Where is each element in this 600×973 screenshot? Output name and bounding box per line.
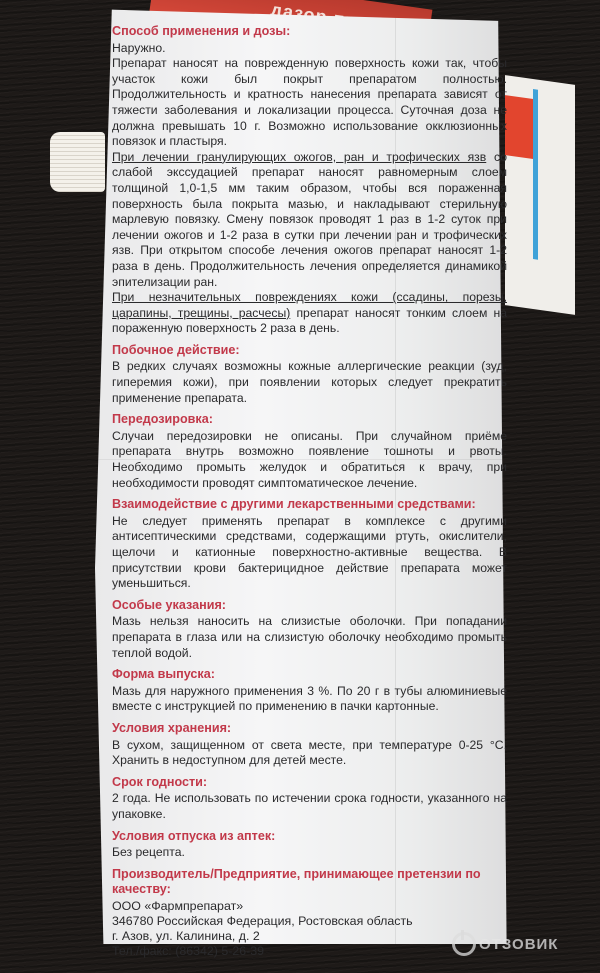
paragraph: Мазь для наружного применения 3 %. По 20…: [112, 684, 507, 715]
section-title: Способ применения и дозы:: [112, 24, 507, 40]
address-line: ООО «Фармпрепарат»: [112, 899, 507, 914]
paragraph: Без рецепта.: [112, 845, 507, 861]
paragraph: Препарат наносят на поврежденную поверхн…: [112, 56, 507, 150]
otzovik-logo-icon: [452, 932, 476, 956]
section-shelf-life: Срок годности: 2 года. Не использовать п…: [112, 775, 507, 823]
paragraph: При незначительных повреждениях кожи (сс…: [112, 290, 507, 337]
section-usage: Способ применения и дозы: Наружно. Препа…: [112, 24, 507, 337]
section-title: Побочное действие:: [112, 343, 507, 359]
section-special-notes: Особые указания: Мазь нельзя наносить на…: [112, 598, 507, 661]
section-storage: Условия хранения: В сухом, защищенном от…: [112, 721, 507, 769]
paragraph: Наружно.: [112, 41, 507, 57]
section-side-effects: Побочное действие: В редких случаях возм…: [112, 343, 507, 406]
paragraph: При лечении гранулирующих ожогов, ран и …: [112, 150, 507, 290]
leaflet-content: Способ применения и дозы: Наружно. Препа…: [112, 24, 507, 965]
underlined-text: При лечении гранулирующих ожогов, ран и …: [112, 150, 486, 164]
address-line: Тел./факс: (86342) 5-26-39: [112, 944, 507, 959]
section-overdose: Передозировка: Случаи передозировки не о…: [112, 412, 507, 491]
paragraph: В сухом, защищенном от света месте, при …: [112, 738, 507, 769]
section-interactions: Взаимодействие с другими лекарственными …: [112, 497, 507, 592]
section-manufacturer: Производитель/Предприятие, принимающее п…: [112, 867, 507, 959]
section-dispensing: Условия отпуска из аптек: Без рецепта.: [112, 829, 507, 861]
address-line: 346780 Российская Федерация, Ростовская …: [112, 914, 507, 929]
section-title: Особые указания:: [112, 598, 507, 614]
paragraph: 2 года. Не использовать по истечении сро…: [112, 791, 507, 822]
watermark: ОТЗОВИК: [452, 932, 558, 956]
paragraph: Случаи передозировки не описаны. При слу…: [112, 429, 507, 491]
section-title: Передозировка:: [112, 412, 507, 428]
paragraph: Мазь нельзя наносить на слизистые оболоч…: [112, 614, 507, 661]
section-title: Срок годности:: [112, 775, 507, 791]
section-title: Условия хранения:: [112, 721, 507, 737]
medicine-box-side: [505, 75, 575, 315]
section-title: Условия отпуска из аптек:: [112, 829, 507, 845]
address-line: г. Азов, ул. Калинина, д. 2: [112, 929, 507, 944]
section-title: Производитель/Предприятие, принимающее п…: [112, 867, 507, 898]
text: со слабой экссудацией препарат наносят р…: [112, 150, 507, 289]
paragraph: В редких случаях возможны кожные аллерги…: [112, 359, 507, 406]
box-blue-stripe: [533, 89, 538, 260]
box-red-stripe: [505, 95, 535, 159]
paragraph: Не следует применять препарат в комплекс…: [112, 514, 507, 592]
ointment-tube-cap: [50, 132, 105, 192]
section-title: Форма выпуска:: [112, 667, 507, 683]
section-release-form: Форма выпуска: Мазь для наружного примен…: [112, 667, 507, 715]
section-title: Взаимодействие с другими лекарственными …: [112, 497, 507, 513]
watermark-text: ОТЗОВИК: [479, 936, 558, 953]
